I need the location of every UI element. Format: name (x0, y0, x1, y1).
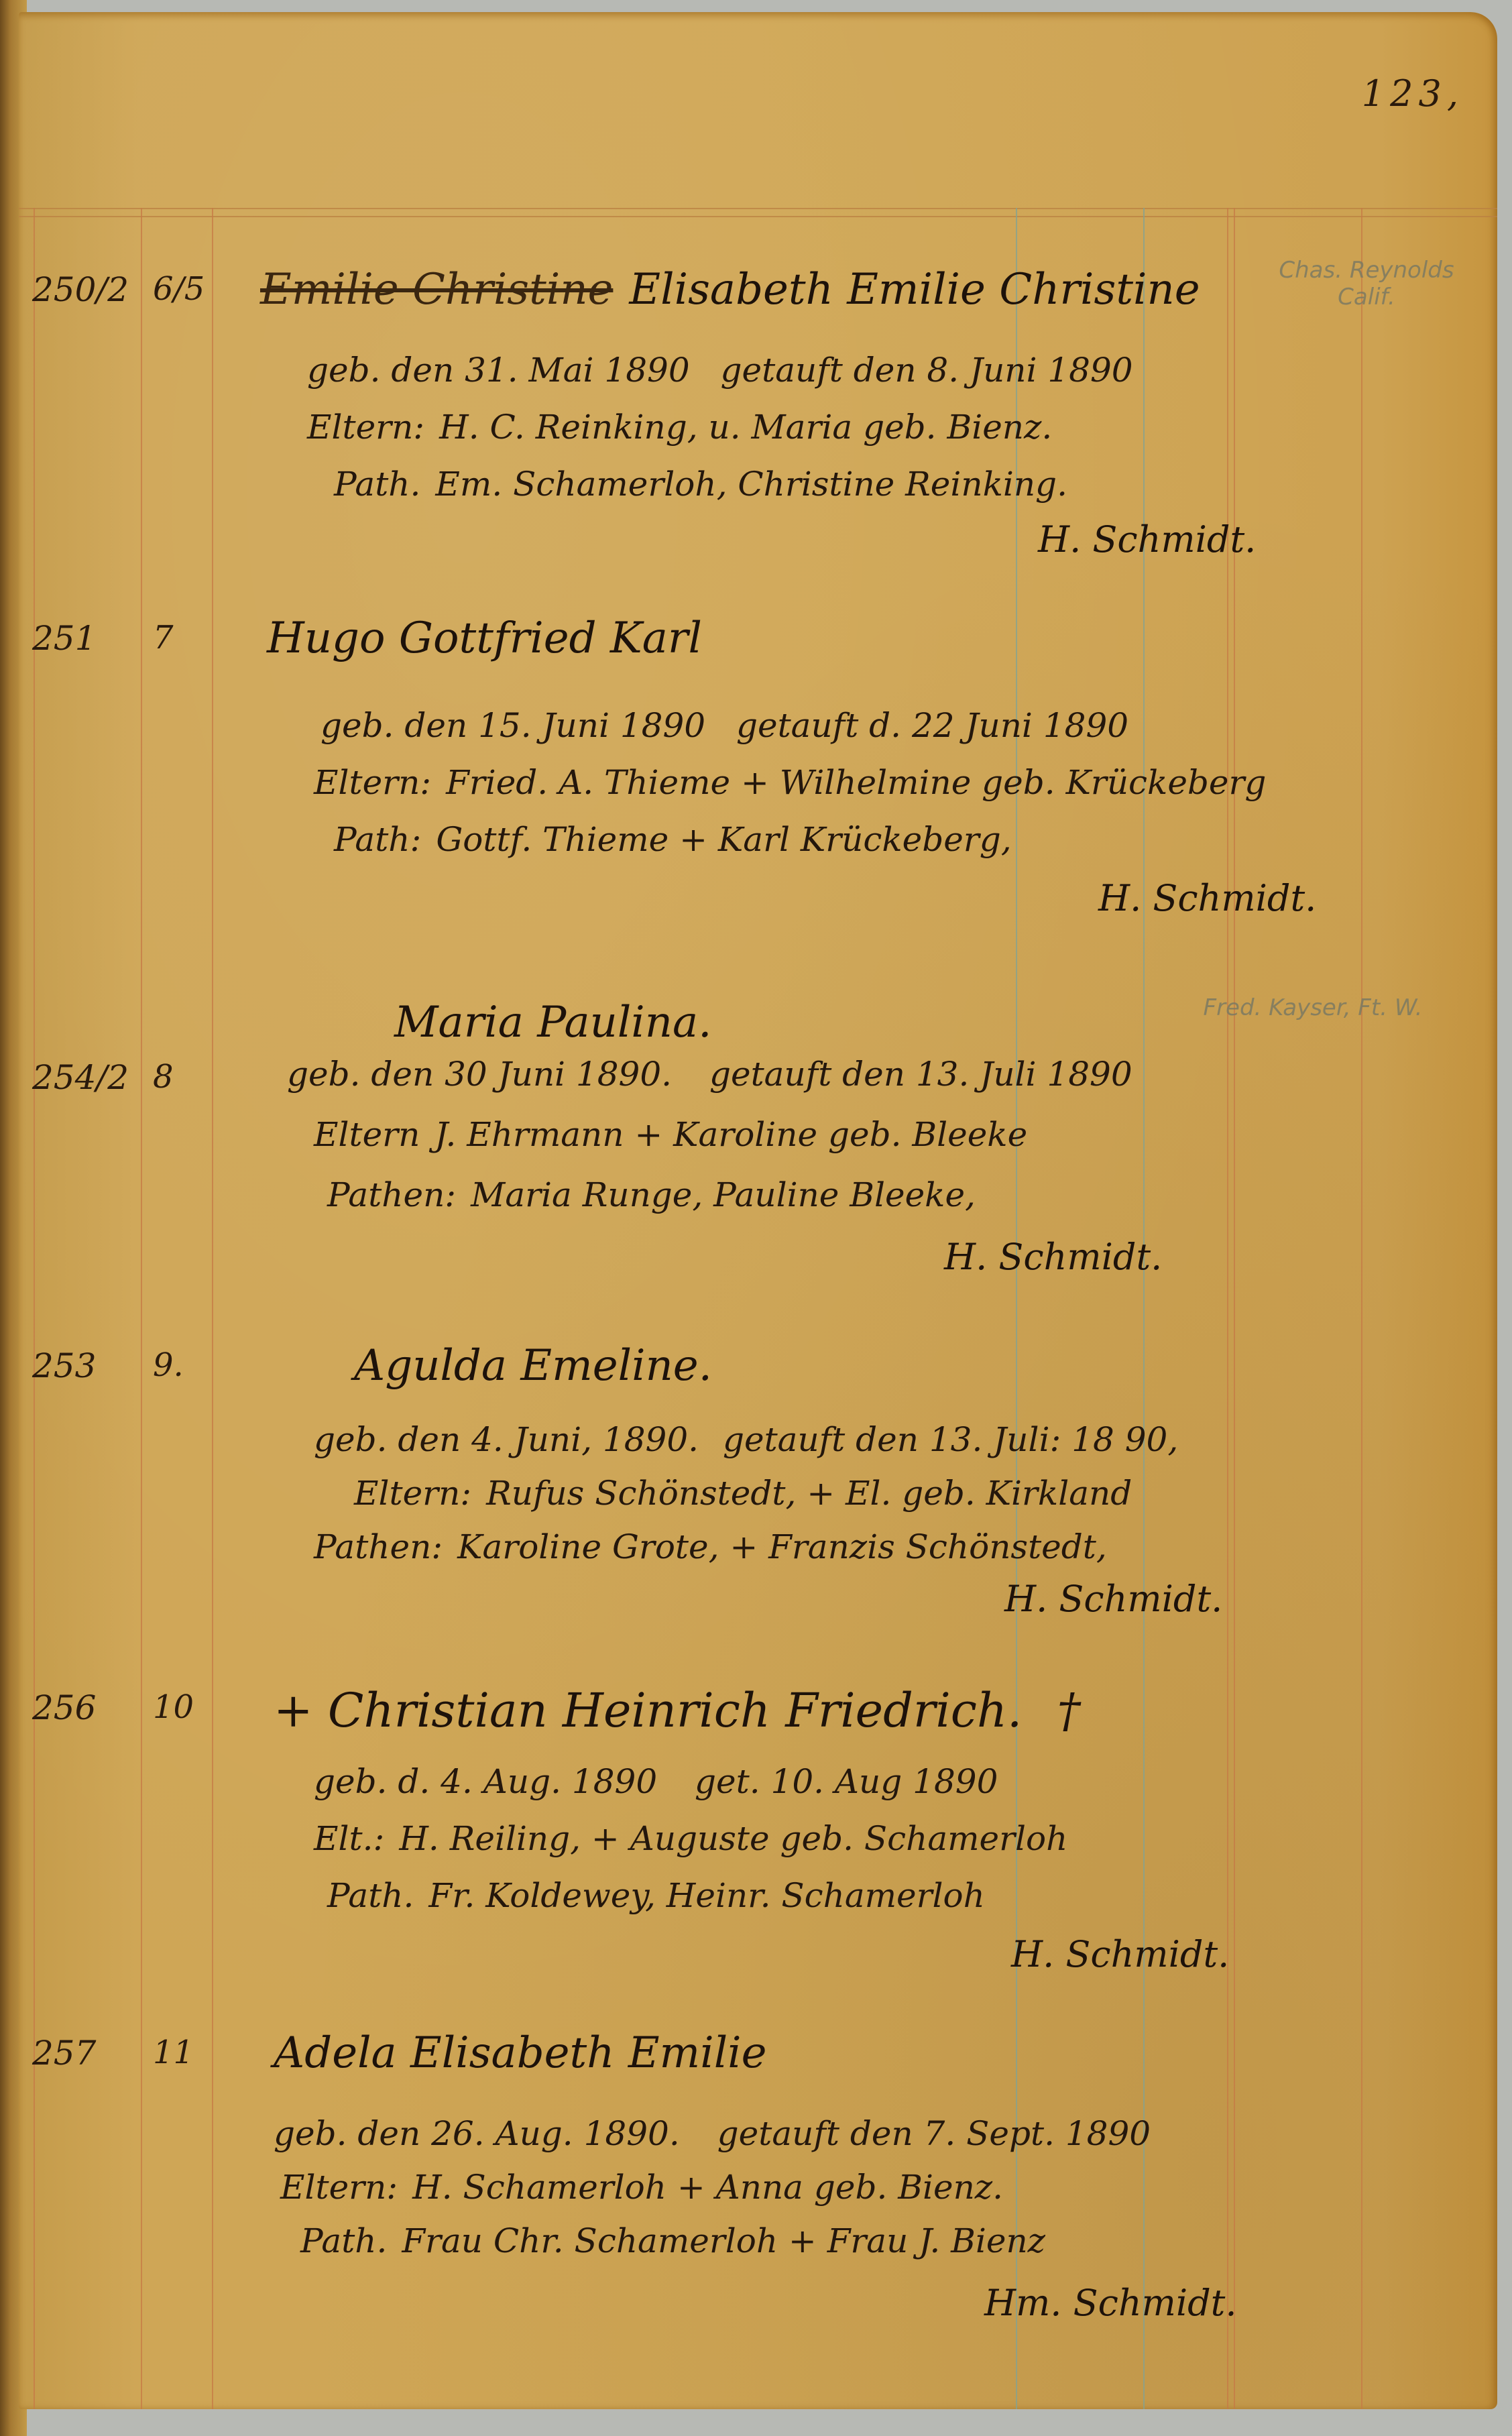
birth-baptism-line: geb. den 4. Juni, 1890. getauft den 13. … (314, 1420, 1178, 1459)
child-name: Adela Elisabeth Emilie (274, 2028, 767, 2078)
parents: Rufus Schönstedt, + El. geb. Kirkland (486, 1474, 1132, 1513)
pastor-signature: H. Schmidt. (1004, 1578, 1222, 1620)
page-number: 123, (1362, 72, 1464, 115)
parents: J. Ehrmann + Karoline geb. Bleeke (434, 1115, 1027, 1154)
birth-date: geb. den 30 Juni 1890. (287, 1055, 672, 1094)
sequence-number: 7 (153, 619, 174, 656)
sponsors-line: Path.Em. Schamerloh, Christine Reinking. (334, 465, 1067, 504)
sponsors-label: Path: (334, 820, 421, 859)
parents: H. C. Reinking, u. Maria geb. Bienz. (439, 408, 1052, 447)
parents: H. Reiling, + Auguste geb. Schamerloh (399, 1819, 1067, 1858)
sponsors-label: Pathen: (327, 1175, 456, 1214)
parents-label: Eltern: (314, 763, 431, 802)
child-name-text: Christian Heinrich Friedrich. (328, 1683, 1022, 1738)
pastor-signature: H. Schmidt. (1011, 1933, 1229, 1975)
register-number: 256 (32, 1688, 96, 1727)
sponsors-line: Pathen:Karoline Grote, + Franzis Schönst… (314, 1527, 1107, 1566)
child-name: + Christian Heinrich Friedrich. † (274, 1683, 1081, 1738)
parents-line: Eltern:H. Schamerloh + Anna geb. Bienz. (280, 2168, 1003, 2207)
register-number: 254/2 (32, 1058, 129, 1097)
baptism-date: getauft den 13. Juli: 18 90, (723, 1420, 1178, 1459)
birth-baptism-line: geb. den 15. Juni 1890 getauft d. 22 Jun… (321, 706, 1128, 745)
birth-date: geb. den 15. Juni 1890 (321, 706, 705, 745)
baptism-date: getauft den 13. Juli 1890 (709, 1055, 1132, 1094)
column-rule (212, 208, 213, 2409)
register-number: 257 (32, 2034, 96, 2073)
sponsors: Maria Runge, Pauline Bleeke, (471, 1175, 976, 1214)
column-rule (1361, 208, 1362, 2409)
parents: Fried. A. Thieme + Wilhelmine geb. Krück… (446, 763, 1266, 802)
header-rule-bottom (19, 216, 1497, 217)
baptism-date: get. 10. Aug 1890 (695, 1762, 998, 1801)
sponsors: Frau Chr. Schamerloh + Frau J. Bienz (402, 2221, 1045, 2260)
pastor-signature: Hm. Schmidt. (984, 2282, 1237, 2324)
sponsors: Fr. Koldewey, Heinr. Schamerloh (428, 1876, 984, 1915)
sponsors-line: Pathen:Maria Runge, Pauline Bleeke, (327, 1175, 976, 1214)
parents-label: Eltern: (307, 408, 424, 447)
register-page: 123, 250/2 6/5 Emilie ChristineElisabeth… (19, 12, 1497, 2409)
pencil-margin-note: Chas. Reynolds Calif. (1246, 257, 1487, 310)
sequence-number: 6/5 (153, 270, 205, 308)
birth-baptism-line: geb. den 30 Juni 1890. getauft den 13. J… (287, 1055, 1132, 1094)
parents-line: Eltern:Fried. A. Thieme + Wilhelmine geb… (314, 763, 1266, 802)
child-name-text: Elisabeth Emilie Christine (629, 265, 1200, 314)
column-rule (34, 208, 35, 2409)
parents-line: Elt.:H. Reiling, + Auguste geb. Schamerl… (314, 1819, 1067, 1858)
column-rule (1016, 208, 1017, 2409)
parents-line: ElternJ. Ehrmann + Karoline geb. Bleeke (314, 1115, 1027, 1154)
pastor-signature: H. Schmidt. (944, 1236, 1162, 1278)
parents-line: Eltern:Rufus Schönstedt, + El. geb. Kirk… (354, 1474, 1132, 1513)
sponsors: Gottf. Thieme + Karl Krückeberg, (436, 820, 1011, 859)
parents-line: Eltern:H. C. Reinking, u. Maria geb. Bie… (307, 408, 1052, 447)
parents: H. Schamerloh + Anna geb. Bienz. (412, 2168, 1003, 2207)
sponsors-line: Path:Gottf. Thieme + Karl Krückeberg, (334, 820, 1012, 859)
sequence-number: 9. (153, 1346, 184, 1384)
cross-mark-icon: + (274, 1683, 313, 1738)
baptism-date: getauft den 8. Juni 1890 (721, 351, 1133, 390)
sequence-number: 10 (153, 1688, 194, 1726)
sponsors-line: Path.Frau Chr. Schamerloh + Frau J. Bien… (300, 2221, 1045, 2260)
register-number: 251 (32, 619, 96, 658)
column-rule (141, 208, 142, 2409)
sponsors-line: Path.Fr. Koldewey, Heinr. Schamerloh (327, 1876, 985, 1915)
birth-date: geb. den 4. Juni, 1890. (314, 1420, 699, 1459)
pastor-signature: H. Schmidt. (1038, 518, 1256, 561)
birth-date: geb. d. 4. Aug. 1890 (314, 1762, 657, 1801)
sponsors-label: Path. (334, 465, 420, 504)
baptism-date: getauft d. 22 Juni 1890 (736, 706, 1128, 745)
death-cross-icon: † (1057, 1683, 1081, 1738)
sequence-number: 11 (153, 2034, 194, 2071)
register-number: 250/2 (32, 270, 129, 309)
child-name: Emilie ChristineElisabeth Emilie Christi… (260, 265, 1200, 314)
register-number: 253 (32, 1346, 96, 1385)
sponsors: Em. Schamerloh, Christine Reinking. (435, 465, 1067, 504)
sponsors-label: Pathen: (314, 1527, 443, 1566)
child-name: Agulda Emeline. (354, 1341, 712, 1391)
baptism-date: getauft den 7. Sept. 1890 (717, 2114, 1151, 2153)
birth-date: geb. den 26. Aug. 1890. (274, 2114, 680, 2153)
birth-baptism-line: geb. den 26. Aug. 1890. getauft den 7. S… (274, 2114, 1151, 2153)
header-rule-top (19, 208, 1497, 209)
sponsors-label: Path. (300, 2221, 387, 2260)
sponsors-label: Path. (327, 1876, 414, 1915)
pastor-signature: H. Schmidt. (1098, 877, 1316, 919)
sponsors: Karoline Grote, + Franzis Schönstedt, (457, 1527, 1107, 1566)
birth-date: geb. den 31. Mai 1890 (307, 351, 690, 390)
birth-baptism-line: geb. d. 4. Aug. 1890 get. 10. Aug 1890 (314, 1762, 998, 1801)
sequence-number: 8 (153, 1058, 174, 1096)
struck-name: Emilie Christine (260, 265, 613, 314)
child-name: Maria Paulina. (394, 998, 711, 1047)
parents-label: Eltern (314, 1115, 420, 1154)
parents-label: Elt.: (314, 1819, 384, 1858)
birth-baptism-line: geb. den 31. Mai 1890 getauft den 8. Jun… (307, 351, 1133, 390)
child-name: Hugo Gottfried Karl (267, 614, 702, 663)
pencil-margin-note: Fred. Kayser, Ft. W. (1125, 994, 1501, 1021)
parents-label: Eltern: (280, 2168, 398, 2207)
parents-label: Eltern: (354, 1474, 471, 1513)
